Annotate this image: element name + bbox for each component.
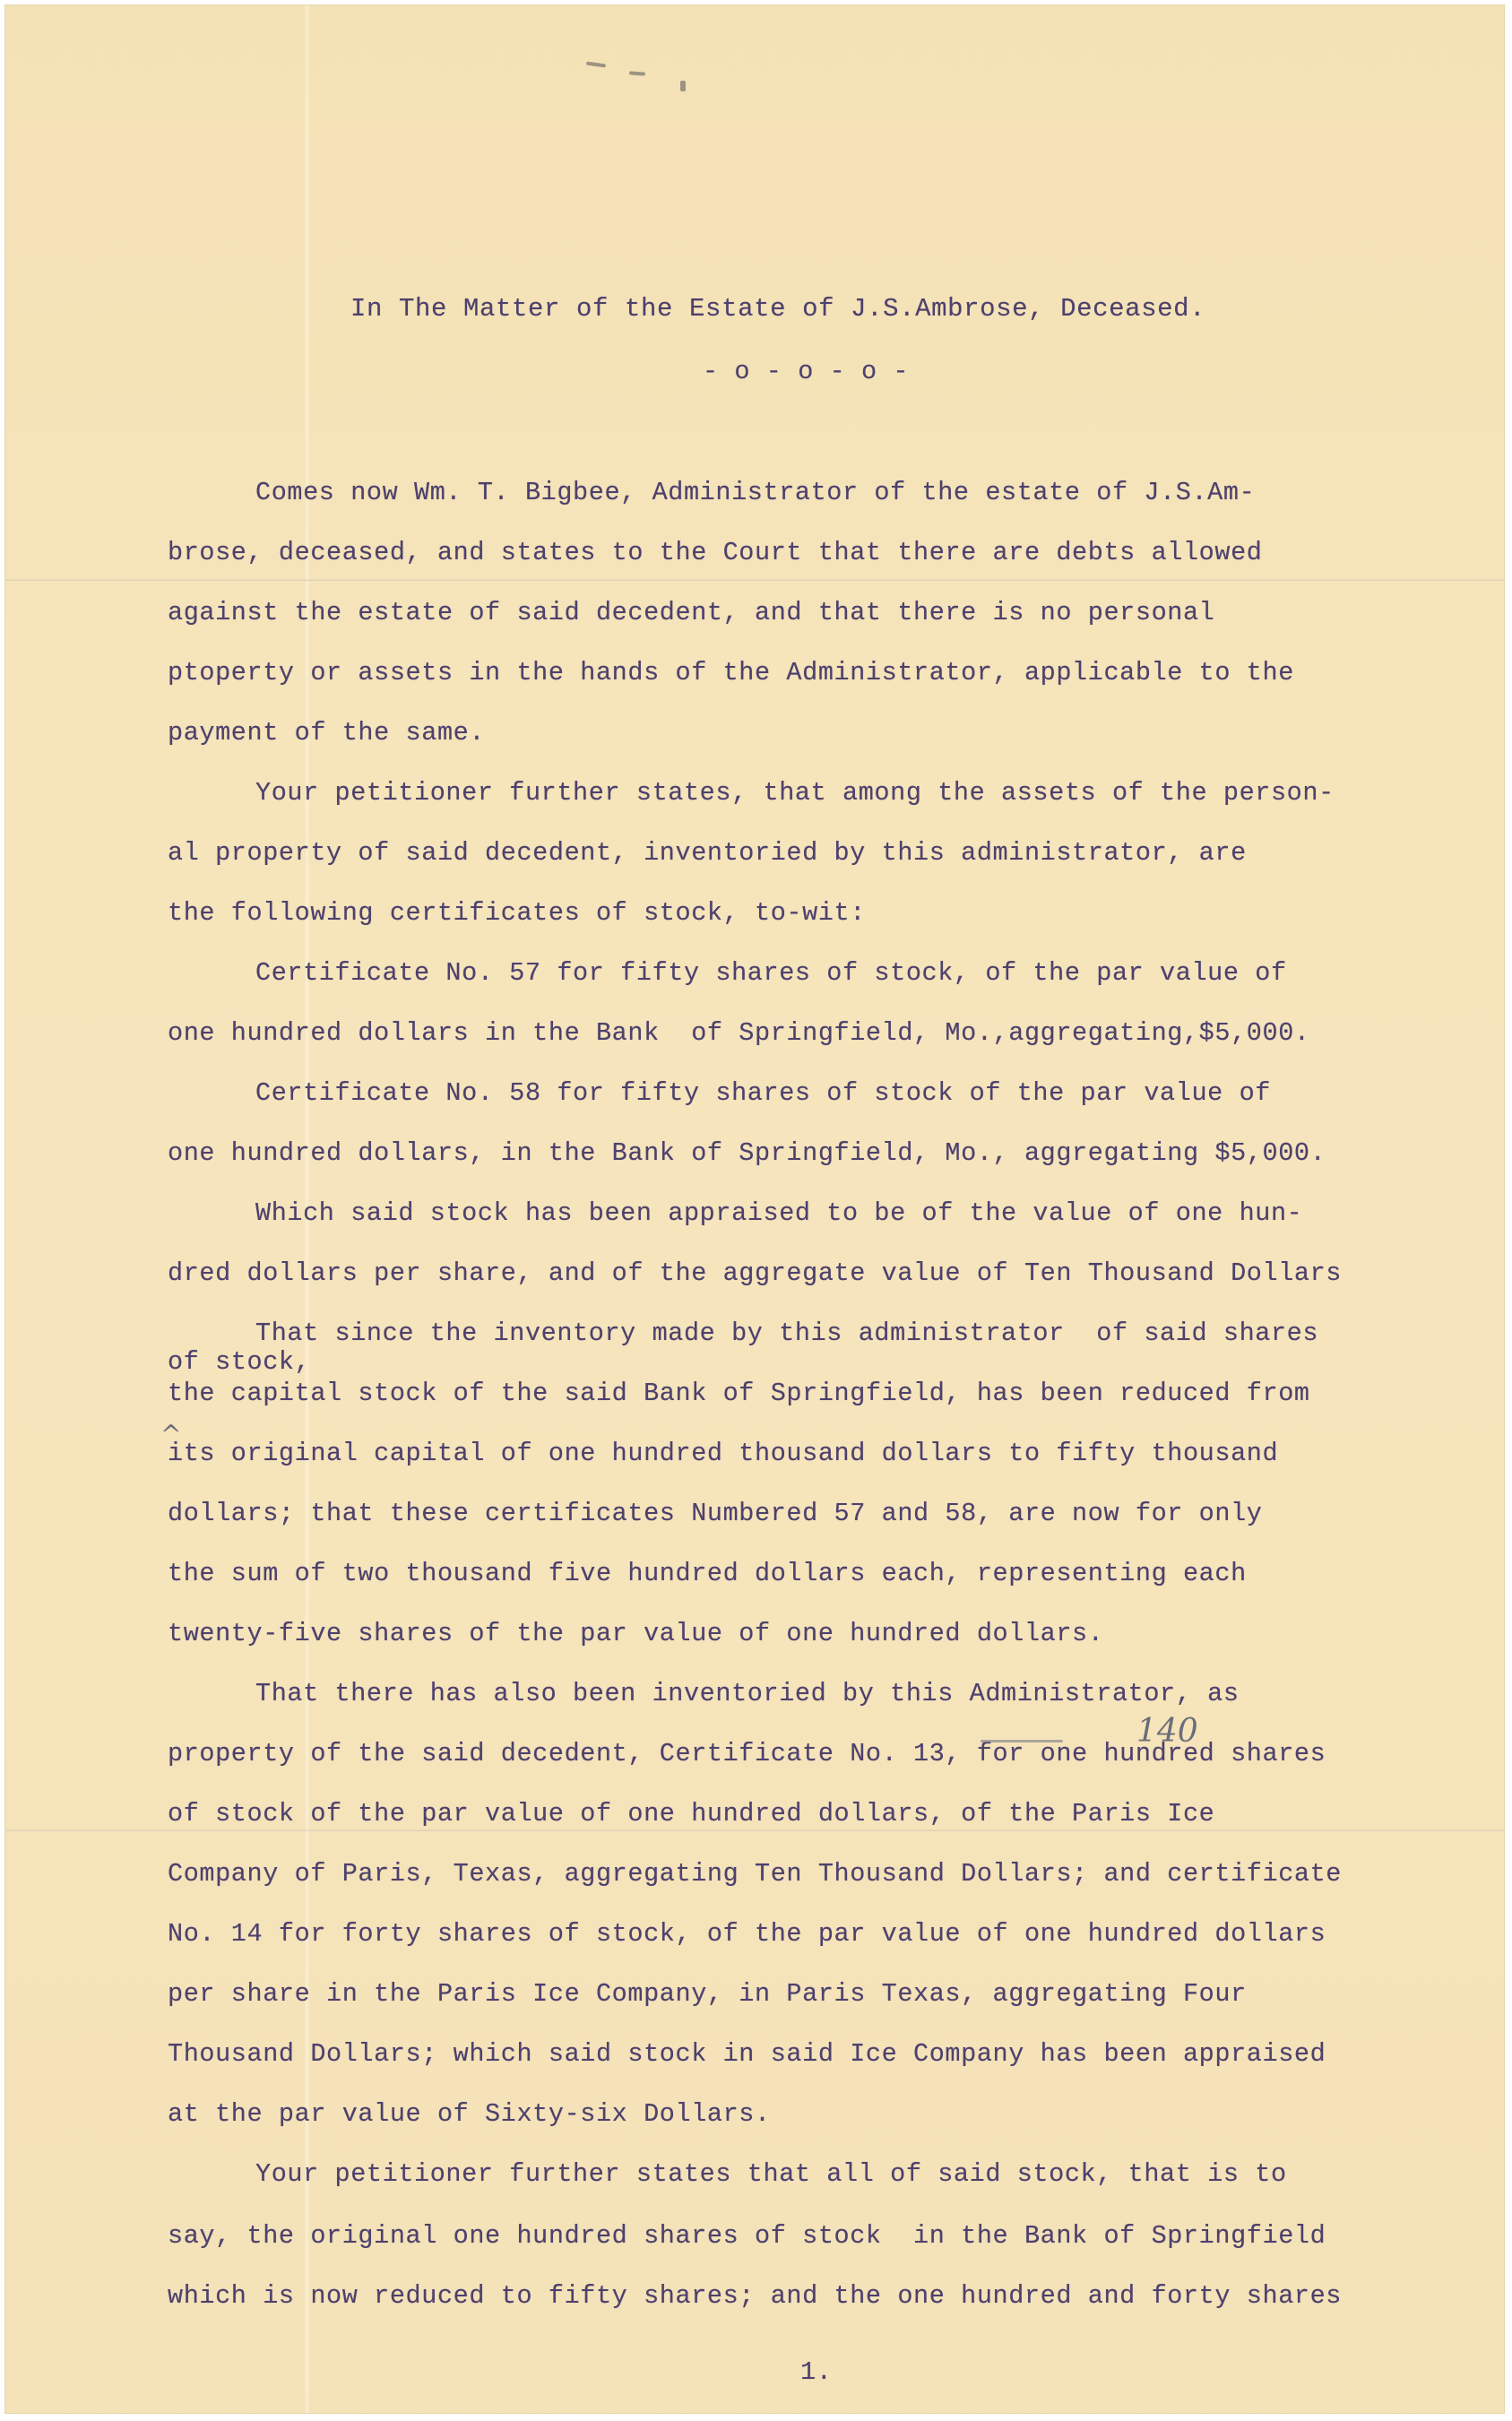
text-line: against the estate of said decedent, and…: [168, 598, 1214, 627]
page-number: 1.: [800, 2357, 832, 2387]
text-line: the sum of two thousand five hundred dol…: [168, 1559, 1247, 1588]
text-line: the following certificates of stock, to-…: [168, 898, 866, 928]
text-line: one hundred dollars, in the Bank of Spri…: [168, 1138, 1326, 1168]
text-line: dred dollars per share, and of the aggre…: [168, 1258, 1342, 1288]
paper-fold-line: [5, 579, 1504, 582]
text-line: Company of Paris, Texas, aggregating Ten…: [168, 1859, 1342, 1889]
text-line: twenty-five shares of the par value of o…: [168, 1619, 1103, 1648]
staple-mark: [680, 81, 686, 91]
staple-mark: [629, 71, 645, 75]
text-line: No. 14 for forty shares of stock, of the…: [168, 1919, 1326, 1949]
text-line: one hundred dollars in the Bank of Sprin…: [168, 1018, 1310, 1048]
text-line: its original capital of one hundred thou…: [168, 1439, 1278, 1468]
text-line: That there has also been inventoried by …: [255, 1679, 1240, 1708]
staple-mark: [586, 61, 606, 67]
text-line: of stock,: [168, 1347, 310, 1377]
pencil-underline: [981, 1740, 1063, 1742]
text-line: ptoperty or assets in the hands of the A…: [168, 658, 1294, 687]
text-line: dollars; that these certificates Numbere…: [168, 1499, 1263, 1528]
text-line: Your petitioner further states, that amo…: [255, 778, 1335, 808]
text-line: That since the inventory made by this ad…: [255, 1319, 1318, 1348]
text-line: payment of the same.: [168, 718, 485, 748]
document-title: In The Matter of the Estate of J.S.Ambro…: [350, 294, 1205, 324]
text-line: Thousand Dollars; which said stock in sa…: [168, 2039, 1326, 2069]
text-line: at the par value of Sixty-six Dollars.: [168, 2099, 771, 2129]
text-line: Certificate No. 58 for fifty shares of s…: [255, 1078, 1271, 1108]
text-line: of stock of the par value of one hundred…: [168, 1799, 1214, 1829]
handwritten-annotation: 140: [1136, 1713, 1198, 1750]
text-line: Which said stock has been appraised to b…: [255, 1198, 1302, 1228]
text-line: Comes now Wm. T. Bigbee, Administrator o…: [255, 478, 1255, 507]
text-line: brose, deceased, and states to the Court…: [168, 538, 1263, 567]
text-line: say, the original one hundred shares of …: [168, 2221, 1326, 2251]
text-line: which is now reduced to fifty shares; an…: [168, 2281, 1342, 2311]
text-line: per share in the Paris Ice Company, in P…: [168, 1979, 1247, 2009]
paper-fold-line: [5, 1829, 1504, 1832]
text-line: Your petitioner further states that all …: [255, 2159, 1287, 2189]
text-line: the capital stock of the said Bank of Sp…: [168, 1379, 1310, 1408]
title-ornament: - o - o - o -: [703, 357, 909, 386]
document-page: In The Matter of the Estate of J.S.Ambro…: [5, 5, 1504, 2413]
caret-mark: ^: [160, 1420, 181, 1449]
text-line: Certificate No. 57 for fifty shares of s…: [255, 958, 1287, 988]
text-line: al property of said decedent, inventorie…: [168, 838, 1247, 868]
